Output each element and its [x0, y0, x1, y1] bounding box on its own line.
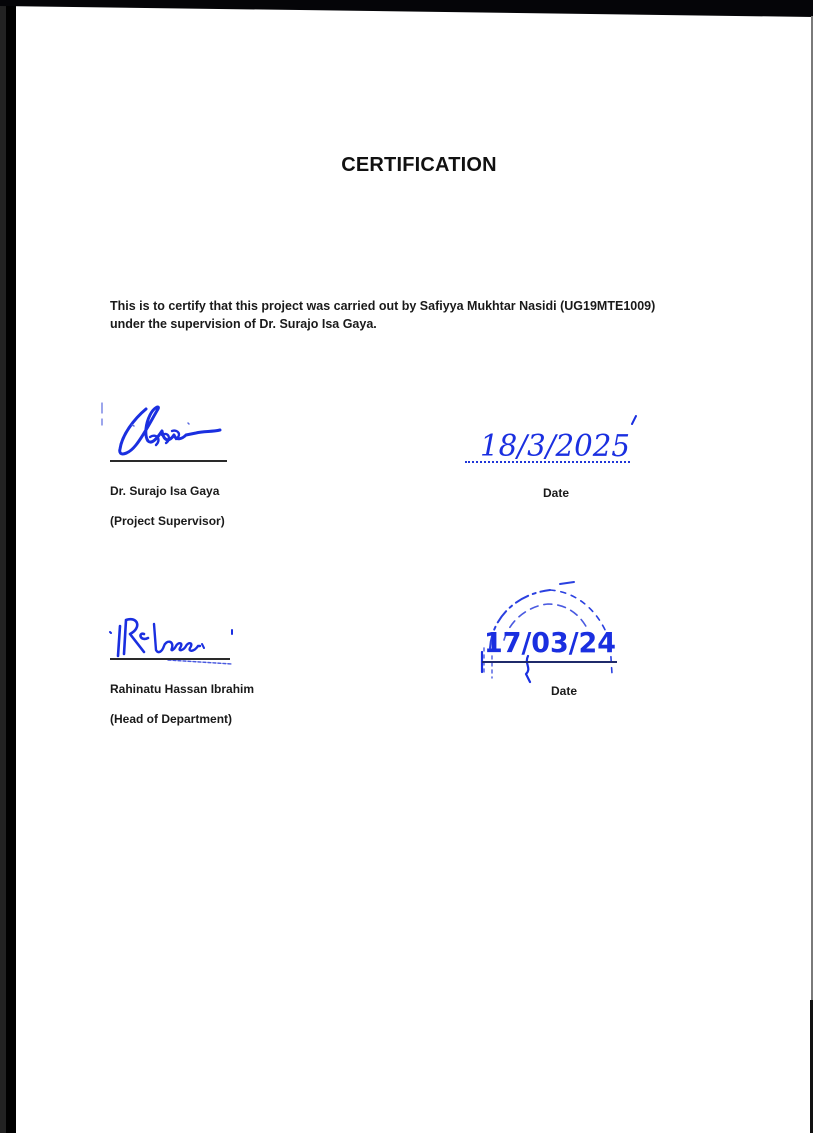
supervisor-role: (Project Supervisor) [110, 514, 225, 528]
supervisor-name: Dr. Surajo Isa Gaya [110, 484, 219, 498]
hod-signature [108, 610, 248, 670]
statement-line-1: This is to certify that this project was… [110, 297, 730, 315]
statement-line-2: under the supervision of Dr. Surajo Isa … [110, 315, 730, 333]
scan-border-top [0, 0, 813, 18]
svg-text:17/03/24: 17/03/24 [484, 626, 616, 659]
supervisor-handwritten-date: 18/3/2025 [462, 412, 647, 467]
svg-text:18/3/2025: 18/3/2025 [480, 429, 630, 464]
supervisor-date-label: Date [543, 486, 569, 500]
hod-handwritten-date: 17/03/24 [478, 612, 628, 692]
certification-statement: This is to certify that this project was… [110, 297, 730, 333]
supervisor-date-line [465, 461, 630, 463]
hod-role: (Head of Department) [110, 712, 232, 726]
hod-name: Rahinatu Hassan Ibrahim [110, 682, 254, 696]
hod-date-label: Date [551, 684, 577, 698]
page-title: CERTIFICATION [0, 154, 813, 177]
hod-signature-line [110, 658, 230, 660]
hod-date-line [482, 661, 617, 663]
supervisor-signature [98, 395, 238, 465]
supervisor-signature-line [110, 460, 227, 462]
